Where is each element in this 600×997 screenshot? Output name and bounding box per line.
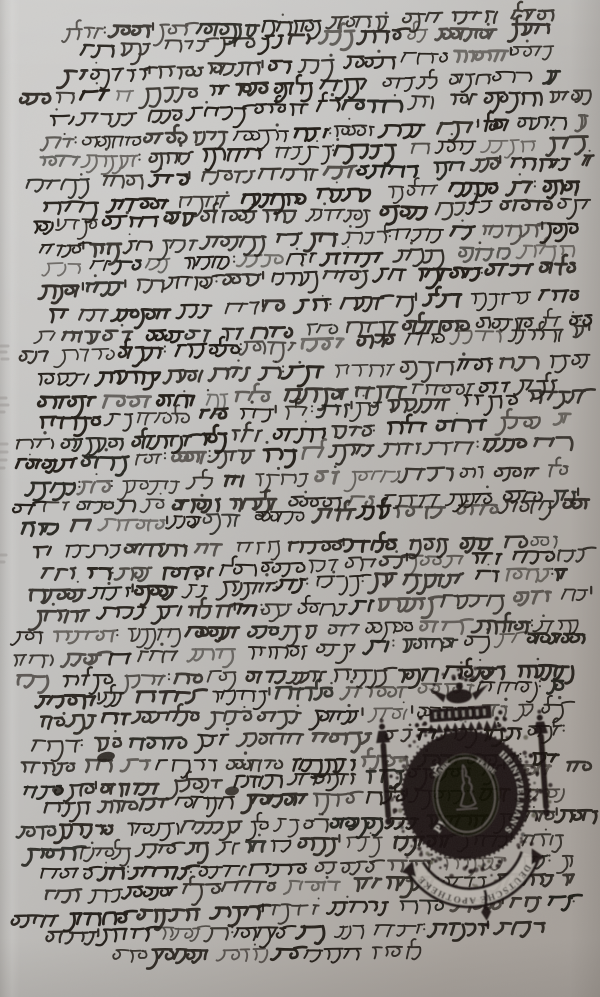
scanned-page: PHARMACY HEINTZELMAN'S MARK TRADE [0,0,600,997]
manuscript-photo: PHARMACY HEINTZELMAN'S MARK TRADE [0,0,600,997]
photo-grain [0,0,600,997]
